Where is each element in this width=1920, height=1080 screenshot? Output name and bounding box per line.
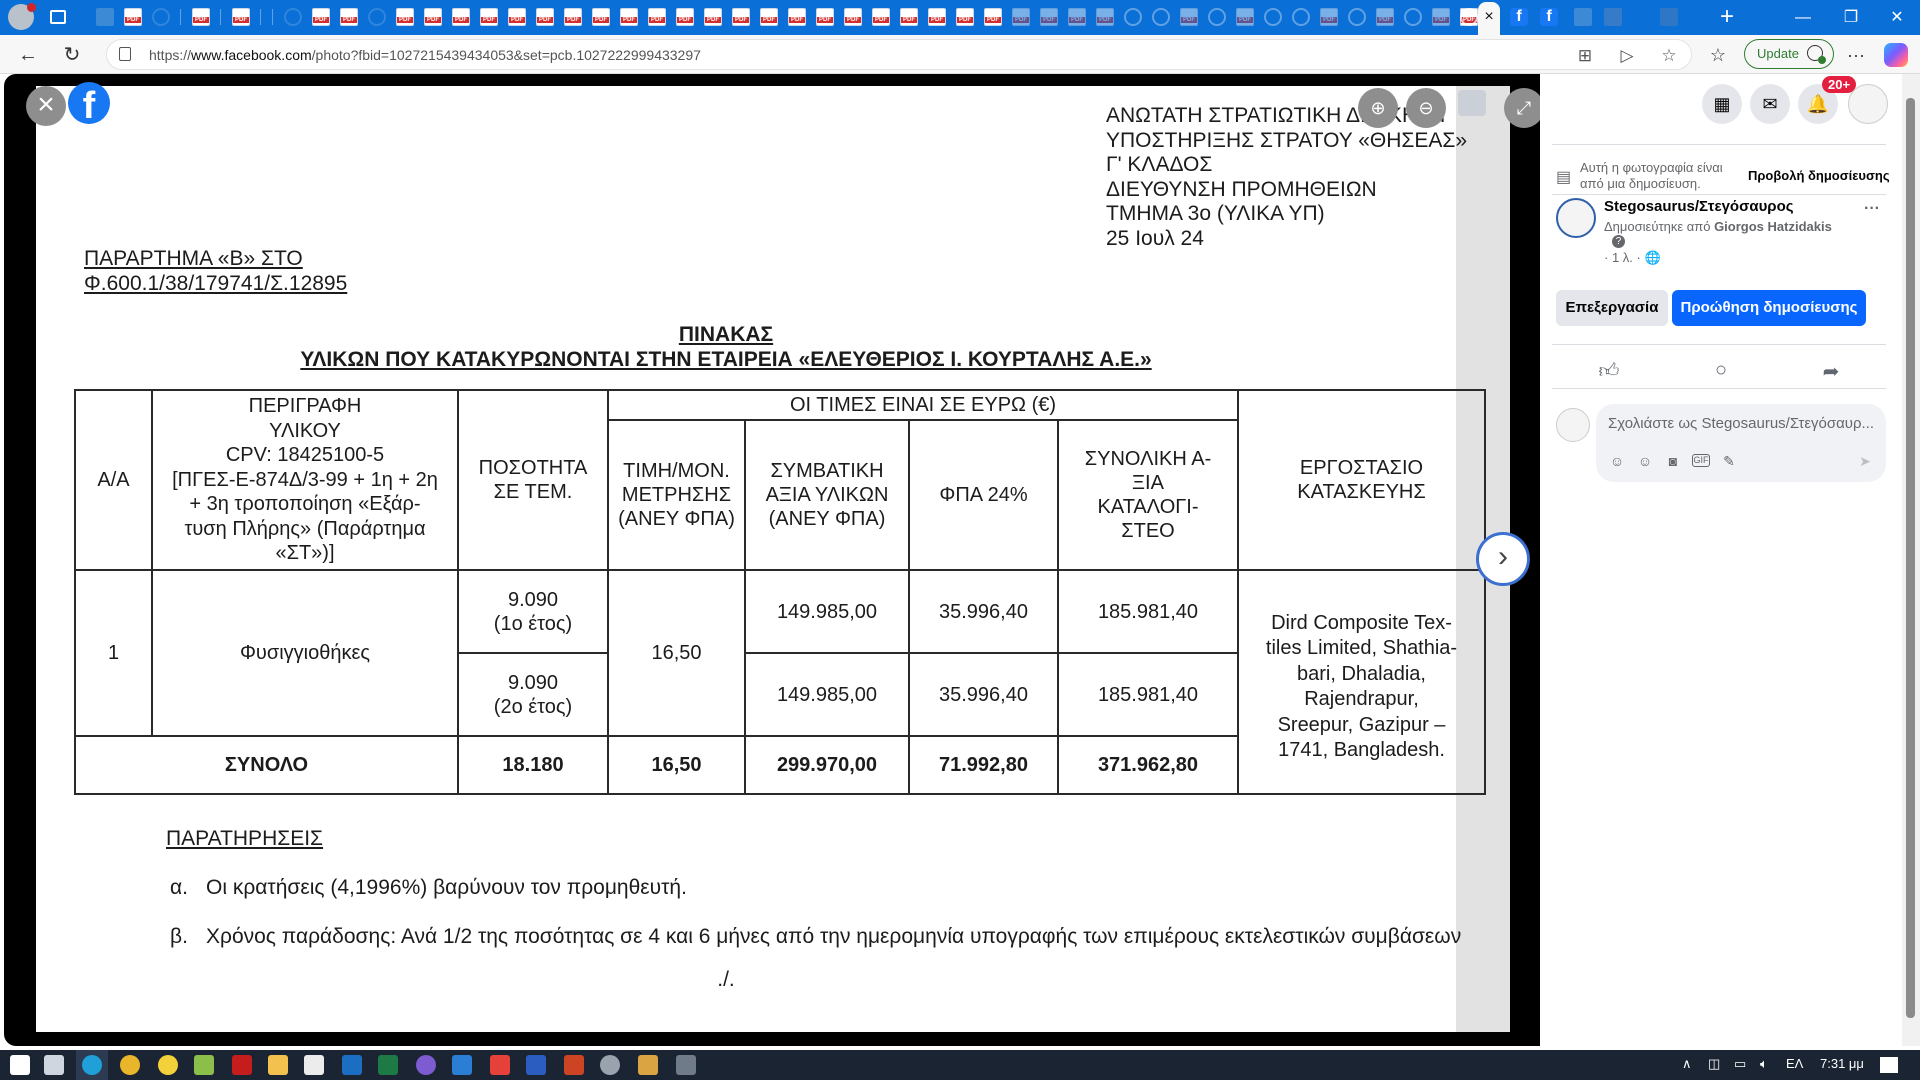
powerpoint-icon[interactable] (564, 1055, 584, 1075)
page-avatar[interactable] (1556, 198, 1596, 238)
pdf-tab[interactable] (788, 8, 806, 26)
document-subtitle: ΥΛΙΚΩΝ ΠΟΥ ΚΑΤΑΚΥΡΩΝΟΝΤΑΙ ΣΤΗΝ ΕΤΑΙΡΕΙΑ … (36, 347, 1416, 372)
next-photo-button[interactable]: › (1476, 532, 1530, 586)
immersive-reader-icon[interactable]: ▷ (1617, 46, 1637, 66)
header-prices-group: ΟΙ ΤΙΜΕΣ ΕΙΝΑΙ ΣΕ ΕΥΡΩ (€) (608, 390, 1238, 420)
browser-toolbar: ← ↻ https://www.facebook.com/photo?fbid=… (0, 35, 1920, 74)
tab-favicon[interactable] (1348, 8, 1366, 26)
cell-contract-value-year2: 149.985,00 (745, 653, 909, 736)
windows-taskbar: ∧ ◫ ▭ 🔈︎ ΕΛ 7:31 μμ (0, 1050, 1920, 1080)
tab-separator (180, 9, 181, 25)
tab-actions-icon[interactable] (50, 10, 66, 24)
header-total-payable: ΣΥΝΟΛΙΚΗ Α- ΞΙΑ ΚΑΤΑΛΟΓΙ- ΣΤΕΟ (1058, 420, 1238, 570)
tab-favicon[interactable] (1574, 8, 1592, 26)
address-bar[interactable]: https://www.facebook.com/photo?fbid=1027… (106, 39, 1692, 70)
pdf-tab[interactable] (816, 8, 834, 26)
avatar-sticker-icon[interactable]: ☺ (1608, 452, 1626, 470)
media-player-icon[interactable] (158, 1055, 178, 1075)
post-options-button[interactable]: ··· (1864, 200, 1880, 218)
comment-icon[interactable]: ○ (1706, 359, 1736, 383)
camera-icon[interactable]: ◙ (1664, 452, 1682, 470)
post-side-panel: ▦ ✉ 🔔 20+ ▤ Αυτή η φωτογραφία είναιαπό μ… (1540, 74, 1902, 1046)
fullscreen-button[interactable]: ⤢ (1504, 88, 1540, 128)
show-hidden-icons[interactable]: ∧ (1682, 1056, 1692, 1072)
tab-favicon[interactable] (1124, 8, 1142, 26)
close-window-button[interactable]: ✕ (1874, 0, 1920, 35)
tab-favicon[interactable] (1292, 8, 1310, 26)
browser-tab-strip: × f f + — ❐ ✕ (0, 0, 1920, 35)
pdf-tab[interactable] (312, 8, 330, 26)
pdf-tab[interactable] (956, 8, 974, 26)
tag-photo-icon[interactable] (1458, 90, 1486, 116)
cell-description: Φυσιγγιοθήκες (152, 570, 458, 736)
pdf-tab[interactable] (1040, 8, 1058, 26)
end-mark: ./. (36, 968, 1416, 992)
tab-favicon[interactable] (1264, 8, 1282, 26)
pdf-tab[interactable] (396, 8, 414, 26)
tab-favicon[interactable] (284, 8, 302, 26)
active-tab-close-button[interactable]: × (1478, 2, 1500, 35)
view-post-link[interactable]: Προβολή δημοσίευσης (1748, 168, 1890, 183)
recorder-icon[interactable] (490, 1055, 510, 1075)
zoom-in-button[interactable]: ⊕ (1358, 88, 1398, 128)
messenger-icon[interactable]: ✉ (1750, 84, 1790, 124)
restore-button[interactable]: ❐ (1828, 0, 1874, 35)
meet-now-icon[interactable]: ◫ (1708, 1056, 1720, 1072)
volume-icon[interactable]: 🔈︎ (1760, 1056, 1768, 1072)
divider (1552, 144, 1886, 145)
cell-quantity-year1: 9.090 (1ο έτος) (458, 570, 608, 653)
divider (1552, 344, 1886, 345)
lock-icon[interactable] (119, 47, 131, 61)
pdf-tab[interactable] (424, 8, 442, 26)
pdf-tab[interactable] (564, 8, 582, 26)
globe-icon: 🌐 (1644, 250, 1660, 265)
url-text[interactable]: https://www.facebook.com/photo?fbid=1027… (149, 47, 701, 63)
header-unit-price: ΤΙΜΗ/ΜΟΝ. ΜΕΤΡΗΣΗΣ (ΑΝΕΥ ΦΠΑ) (608, 420, 745, 570)
photo-viewer: ΑΝΩΤΑΤΗ ΣΤΡΑΤΙΩΤΙΚΗ ΔΙΟΙΚΗΣΗ ΥΠΟΣΤΗΡΙΞΗΣ… (4, 74, 1540, 1046)
tab-favicon[interactable] (1460, 8, 1478, 26)
task-view-icon[interactable] (44, 1055, 64, 1075)
store-icon[interactable] (304, 1055, 324, 1075)
update-button[interactable]: Update (1744, 39, 1834, 69)
author-link[interactable]: Giorgos Hatzidakis (1714, 219, 1832, 234)
excel-icon[interactable] (378, 1055, 398, 1075)
pdf-tab[interactable] (620, 8, 638, 26)
notification-badge: 20+ (1822, 76, 1856, 93)
pdf-tab[interactable] (676, 8, 694, 26)
pdf-tab[interactable] (536, 8, 554, 26)
pdf-tab[interactable] (124, 8, 142, 26)
network-icon[interactable]: ▭ (1734, 1056, 1746, 1072)
account-avatar[interactable] (1848, 84, 1888, 124)
tab-separator (260, 9, 261, 25)
tab-favicon[interactable] (1404, 8, 1422, 26)
pdf-tab[interactable] (760, 8, 778, 26)
tab-separator (220, 9, 221, 25)
action-center-icon[interactable] (1880, 1057, 1898, 1073)
award-table: Α/Α ΠΕΡΙΓΡΑΦΗ ΥΛΙΚΟΥ CPV: 18425100-5 [ΠΓ… (74, 389, 1486, 795)
pdf-tab[interactable] (1068, 8, 1086, 26)
favorite-star-icon[interactable]: ☆ (1659, 46, 1679, 66)
photos-icon[interactable] (194, 1055, 214, 1075)
photos-app-icon[interactable] (452, 1055, 472, 1075)
totals-quantity: 18.180 (458, 736, 608, 794)
tab-favicon[interactable] (1660, 8, 1678, 26)
header-quantity: ΠΟΣΟΤΗΤΑ ΣΕ ΤΕΜ. (458, 390, 608, 570)
cell-unit-price: 16,50 (608, 570, 745, 736)
annex-reference: ΠΑΡΑΡΤΗΜΑ «Β» ΣΤΟ Φ.600.1/38/179741/Σ.12… (84, 246, 347, 296)
word-icon[interactable] (526, 1055, 546, 1075)
gif-icon[interactable]: GIF (1692, 454, 1710, 467)
note-item: β.Χρόνος παράδοσης: Ανά 1/2 της ποσότητα… (170, 925, 1461, 949)
help-icon[interactable]: ? (1612, 235, 1625, 248)
facebook-tab[interactable]: f (1540, 8, 1558, 26)
edit-button[interactable]: Επεξεργασία (1556, 290, 1668, 326)
cell-contract-value-year1: 149.985,00 (745, 570, 909, 653)
post-notice-text: Αυτή η φωτογραφία είναιαπό μια δημοσίευσ… (1580, 160, 1723, 192)
pdf-tab[interactable] (872, 8, 890, 26)
calculator-icon[interactable] (676, 1055, 696, 1075)
pdf-tab[interactable] (592, 8, 610, 26)
pdf-tab[interactable] (1180, 8, 1198, 26)
acrobat-icon[interactable] (232, 1055, 252, 1075)
emoji-icon[interactable]: ☺ (1636, 452, 1654, 470)
new-tab-button[interactable]: + (1712, 0, 1742, 35)
tab-favicon[interactable] (368, 8, 386, 26)
divider (1552, 388, 1886, 389)
comment-input[interactable]: Σχολιάστε ως Stegosaurus/Στεγόσαυρ... ☺ … (1596, 404, 1886, 482)
issuing-authority-header: ΑΝΩΤΑΤΗ ΣΤΡΑΤΙΩΤΙΚΗ ΔΙΟΙΚΗΣΗ ΥΠΟΣΤΗΡΙΞΗΣ… (1106, 104, 1467, 251)
globe-app-icon[interactable] (600, 1055, 620, 1075)
totals-total: 371.962,80 (1058, 736, 1238, 794)
facebook-tab[interactable]: f (1510, 8, 1528, 26)
pdf-tab[interactable] (508, 8, 526, 26)
tab-favicon[interactable] (1152, 8, 1170, 26)
page-name-link[interactable]: Stegosaurus/Στεγόσαυρος (1604, 198, 1794, 215)
facebook-logo-icon[interactable]: f (68, 82, 110, 124)
pdf-tab[interactable] (232, 8, 250, 26)
totals-vat: 71.992,80 (909, 736, 1058, 794)
pdf-tab[interactable] (1096, 8, 1114, 26)
pdf-tab[interactable] (1320, 8, 1338, 26)
pdf-tab[interactable] (192, 8, 210, 26)
paint-icon[interactable] (638, 1055, 658, 1075)
cell-total-year2: 185.981,40 (1058, 653, 1238, 736)
sticker-icon[interactable]: ✎ (1720, 452, 1738, 470)
pdf-tab[interactable] (704, 8, 722, 26)
panel-scrollbar[interactable] (1902, 74, 1920, 1046)
viber-icon[interactable] (416, 1055, 436, 1075)
notes-title: ΠΑΡΑΤΗΡΗΣΕΙΣ (166, 827, 323, 851)
pdf-tab[interactable] (1432, 8, 1450, 26)
totals-contract-value: 299.970,00 (745, 736, 909, 794)
outlook-icon[interactable] (342, 1055, 362, 1075)
like-icon[interactable]: 👍︎ (1594, 359, 1624, 383)
language-indicator[interactable]: ΕΛ (1786, 1056, 1803, 1071)
tab-favicon[interactable] (152, 8, 170, 26)
cell-aa: 1 (75, 570, 152, 736)
header-aa: Α/Α (75, 390, 152, 570)
tab-separator (272, 9, 273, 25)
cell-factory: Dird Composite Tex- tiles Limited, Shath… (1238, 570, 1485, 794)
cell-quantity-year2: 9.090 (2ο έτος) (458, 653, 608, 736)
divider (1552, 194, 1886, 195)
comment-placeholder[interactable]: Σχολιάστε ως Stegosaurus/Στεγόσαυρ... (1608, 416, 1874, 432)
back-button[interactable]: ← (14, 41, 42, 69)
copilot-icon[interactable] (1884, 43, 1908, 67)
commenter-avatar[interactable] (1556, 408, 1590, 442)
chrome-icon[interactable] (120, 1055, 140, 1075)
clock[interactable]: 7:31 μμ (1820, 1056, 1864, 1071)
profile-avatar-icon[interactable] (8, 4, 34, 30)
totals-unit-price: 16,50 (608, 736, 745, 794)
pdf-tab[interactable] (452, 8, 470, 26)
pdf-tab[interactable] (1012, 8, 1030, 26)
totals-label: ΣΥΝΟΛΟ (75, 736, 458, 794)
document-image: ΑΝΩΤΑΤΗ ΣΤΡΑΤΙΩΤΙΚΗ ΔΙΟΙΚΗΣΗ ΥΠΟΣΤΗΡΙΞΗΣ… (36, 86, 1510, 1032)
cell-total-year1: 185.981,40 (1058, 570, 1238, 653)
post-time[interactable]: · 1 λ. · 🌐 (1604, 250, 1661, 266)
table-row: 1 Φυσιγγιοθήκες 9.090 (1ο έτος) 16,50 14… (75, 570, 1485, 653)
boost-post-button[interactable]: Προώθηση δημοσίευσης (1672, 290, 1866, 326)
header-vat: ΦΠΑ 24% (909, 420, 1058, 570)
pdf-tab[interactable] (1236, 8, 1254, 26)
menu-grid-icon[interactable]: ▦ (1702, 84, 1742, 124)
pdf-tab[interactable] (984, 8, 1002, 26)
file-explorer-icon[interactable] (268, 1055, 288, 1075)
send-icon[interactable]: ➤ (1856, 452, 1874, 470)
pdf-tab[interactable] (480, 8, 498, 26)
header-factory: ΕΡΓΟΣΤΑΣΙΟ ΚΑΤΑΣΚΕΥΗΣ (1238, 390, 1485, 570)
scrollbar-thumb[interactable] (1906, 98, 1915, 1018)
tab-favicon[interactable] (96, 8, 114, 26)
post-notice-icon: ▤ (1556, 170, 1571, 186)
app-available-icon[interactable]: ⊞ (1575, 46, 1595, 66)
refresh-button[interactable]: ↻ (58, 41, 86, 69)
pdf-tab[interactable] (844, 8, 862, 26)
pdf-tab[interactable] (648, 8, 666, 26)
edge-icon[interactable] (82, 1055, 102, 1075)
browser-health-icon (1807, 45, 1823, 61)
pdf-tab[interactable] (340, 8, 358, 26)
settings-more-button[interactable]: ··· (1844, 43, 1868, 67)
share-icon[interactable]: ➦ (1816, 359, 1846, 383)
cell-vat-year1: 35.996,40 (909, 570, 1058, 653)
pdf-tab[interactable] (732, 8, 750, 26)
favorites-icon[interactable]: ☆ (1706, 43, 1730, 67)
pdf-tab[interactable] (900, 8, 918, 26)
header-description: ΠΕΡΙΓΡΑΦΗ ΥΛΙΚΟΥ CPV: 18425100-5 [ΠΓΕΣ-Ε… (152, 390, 458, 570)
pdf-tab[interactable] (1376, 8, 1394, 26)
pdf-tab[interactable] (928, 8, 946, 26)
start-icon[interactable] (10, 1055, 30, 1075)
note-item: α.Οι κρατήσεις (4,1996%) βαρύνουν τον πρ… (170, 876, 687, 900)
posted-by: Δημοσιεύτηκε από Giorgos Hatzidakis (1604, 219, 1832, 235)
header-contract-value: ΣΥΜΒΑΤΙΚΗ ΑΞΙΑ ΥΛΙΚΩΝ (ΑΝΕΥ ΦΠΑ) (745, 420, 909, 570)
zoom-out-button[interactable]: ⊖ (1406, 88, 1446, 128)
tab-favicon[interactable] (1208, 8, 1226, 26)
cell-vat-year2: 35.996,40 (909, 653, 1058, 736)
minimize-button[interactable]: — (1780, 0, 1826, 35)
close-viewer-button[interactable]: × (26, 86, 66, 126)
document-title: ΠΙΝΑΚΑΣ (36, 322, 1416, 347)
tab-favicon[interactable] (1604, 8, 1622, 26)
